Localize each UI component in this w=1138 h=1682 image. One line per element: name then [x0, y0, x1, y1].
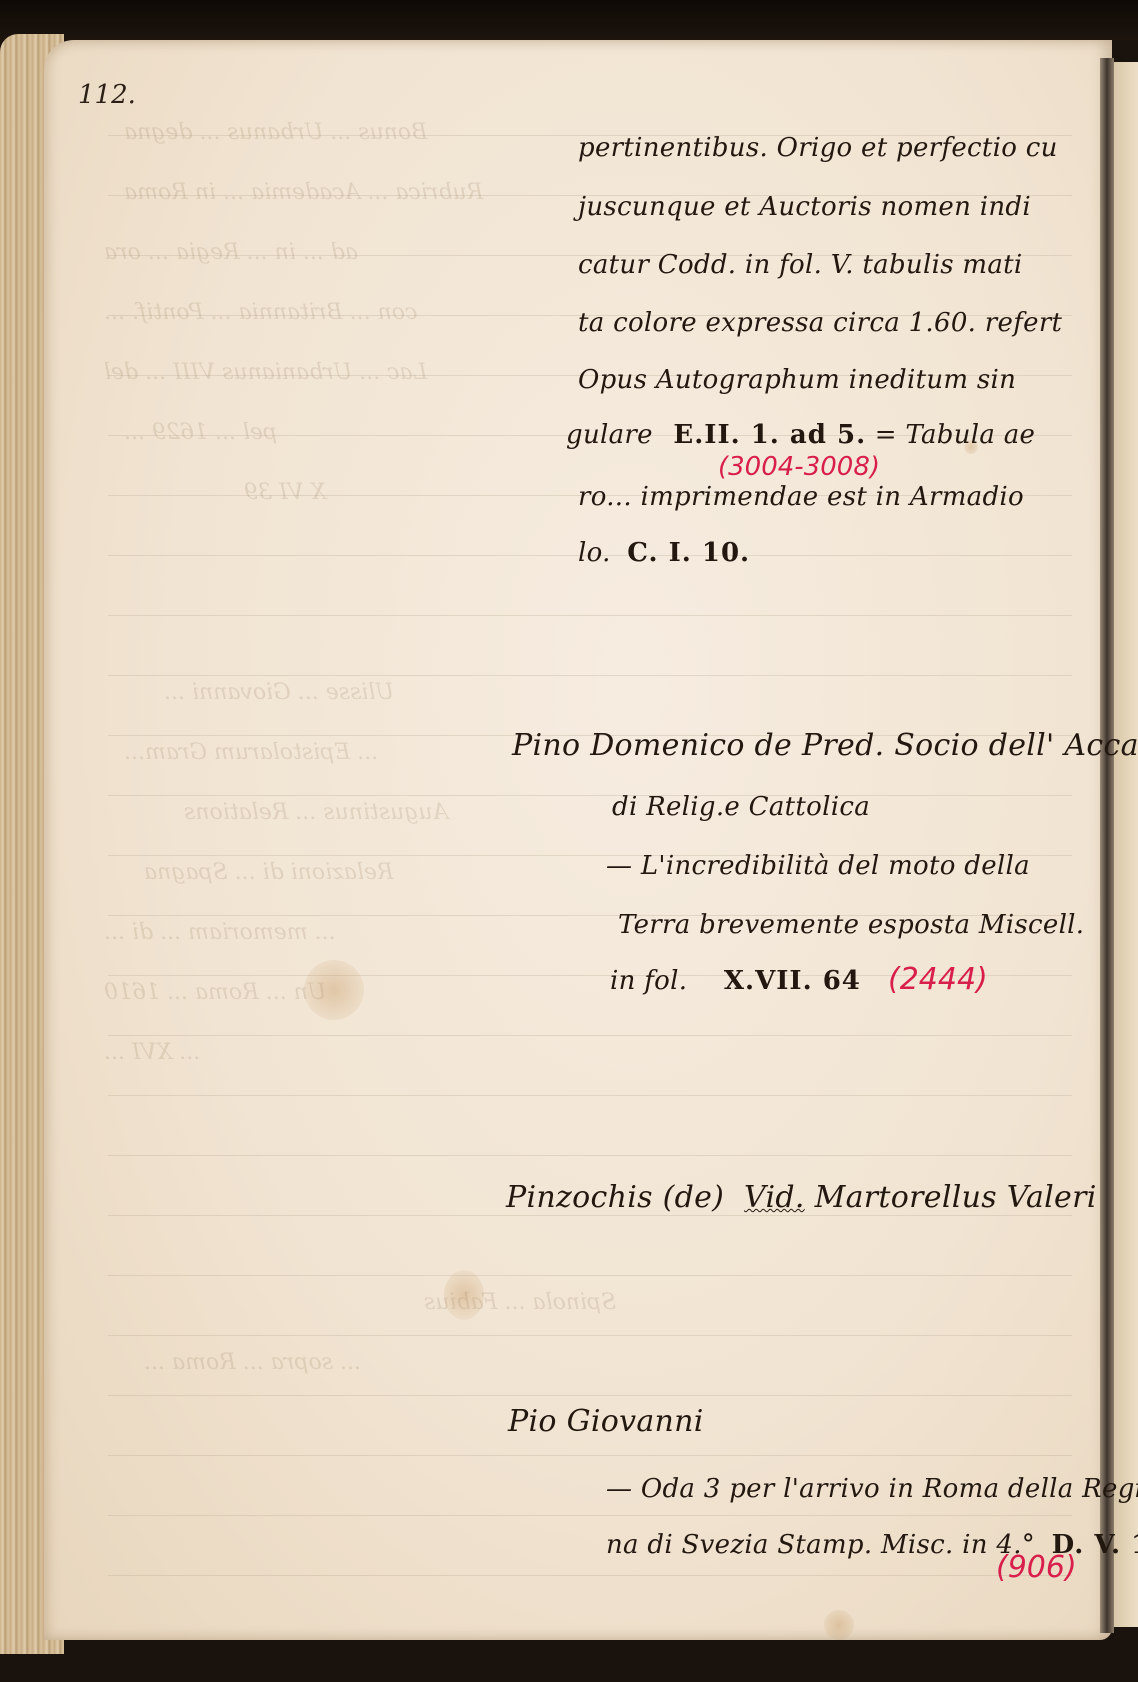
bleed-through-text: ... sopra ... Roma ... — [144, 1350, 361, 1375]
text-line: — L'incredibilità del moto della — [606, 851, 1030, 881]
ruled-line — [108, 1515, 1072, 1516]
red-catalogue-number: (2444) — [888, 962, 988, 997]
folio-number: 112. — [78, 80, 136, 110]
text-line: Terra brevemente esposta Miscell. — [618, 910, 1084, 940]
ruled-line — [108, 1335, 1072, 1336]
text-line: catur Codd. in fol. V. tabulis mati — [578, 250, 1023, 280]
text-line: — Oda 3 per l'arrivo in Roma della Regi — [606, 1474, 1138, 1504]
text-fragment: in fol. — [610, 966, 687, 996]
text-line-with-shelfmark: in fol. X.VII. 64 — [610, 966, 861, 996]
bleed-through-text: Relazioni di ... Spagna — [144, 860, 394, 885]
bleed-through-text: ... Epistolarum Gram... — [124, 740, 378, 765]
bleed-through-text: pel ... 1629 ... — [124, 420, 277, 445]
book-gutter — [1100, 58, 1114, 1633]
red-catalogue-number: (3004-3008) — [718, 452, 880, 482]
bleed-through-text: X VI 39 — [244, 480, 326, 505]
red-catalogue-number: (906) — [996, 1550, 1077, 1585]
shelfmark: X.VII. 64 — [724, 966, 861, 996]
ruled-line — [108, 1215, 1072, 1216]
text-fragment: lo. — [578, 538, 611, 568]
entry-heading: Pino Domenico de Pred. Socio dell' Accad… — [512, 728, 1138, 763]
ruled-line — [108, 1095, 1072, 1096]
book-cover-shadow — [0, 0, 1138, 40]
bleed-through-text: ... XVI ... — [104, 1040, 200, 1065]
ruled-line — [108, 615, 1072, 616]
ruled-line — [108, 1455, 1072, 1456]
ruled-line — [108, 1155, 1072, 1156]
ruled-line — [108, 1035, 1072, 1036]
bleed-through-text: Rubrica ... Academia ... in Roma — [124, 180, 483, 205]
text-line-with-shelfmark: lo. C. I. 10. — [578, 538, 750, 568]
paper-stain — [444, 1270, 484, 1320]
bleed-through-text: ... memoriam ... di ... — [104, 920, 336, 945]
entry-heading-continuation: di Relig.e Cattolica — [612, 792, 870, 822]
text-line: ta colore expressa circa 1.60. refert — [578, 308, 1062, 338]
bleed-through-text: con ... Britannia ... Pontif. ... — [104, 300, 417, 325]
cross-reference-target: Martorellus Valeri — [815, 1180, 1097, 1215]
bleed-through-text: Ulisse ... Giovanni ... — [164, 680, 394, 705]
text-fragment: = Tabula ae — [875, 420, 1036, 450]
paper-stain — [304, 960, 364, 1020]
bleed-through-text: Bonus ... Urbanus ... degna — [124, 120, 427, 145]
text-fragment: na di Svezia Stamp. Misc. in 4.° — [606, 1530, 1035, 1560]
shelfmark: E.II. 1. ad 5. — [673, 420, 866, 450]
bleed-through-text: Lac ... Urbanianus VIII ... del — [104, 360, 427, 385]
text-fragment: gulare — [566, 420, 653, 450]
entry-heading: Pinzochis (de) Vid. Martorellus Valeri — [506, 1180, 1097, 1215]
text-line: Opus Autographum ineditum sin — [578, 365, 1016, 395]
facing-page-edge — [1114, 62, 1138, 1627]
ruled-line — [108, 675, 1072, 676]
shelfmark: C. I. 10. — [627, 538, 750, 568]
entry-heading: Pio Giovanni — [508, 1404, 704, 1439]
bleed-through-text: Un ... Roma ... 1610 — [104, 980, 326, 1005]
text-line: ro... imprimendae est in Armadio — [578, 482, 1024, 512]
bleed-through-text: ad ... in ... Regia ... ora — [104, 240, 358, 265]
ruled-line — [108, 1275, 1072, 1276]
cross-reference-vid: Vid. — [744, 1180, 805, 1215]
text-fragment: Pinzochis (de) — [506, 1180, 724, 1215]
ruled-line — [108, 1395, 1072, 1396]
text-line: pertinentibus. Origo et perfectio cu — [578, 133, 1058, 163]
ruled-line — [108, 795, 1072, 796]
text-line: juscunque et Auctoris nomen indi — [578, 192, 1031, 222]
paper-stain — [824, 1610, 854, 1640]
manuscript-page: Bonus ... Urbanus ... degna Rubrica ... … — [44, 40, 1112, 1640]
ruled-line — [108, 1575, 1072, 1576]
text-line-with-shelfmark: gulare E.II. 1. ad 5. = Tabula ae — [566, 420, 1035, 450]
bleed-through-text: Augustinus ... Relations — [184, 800, 448, 825]
